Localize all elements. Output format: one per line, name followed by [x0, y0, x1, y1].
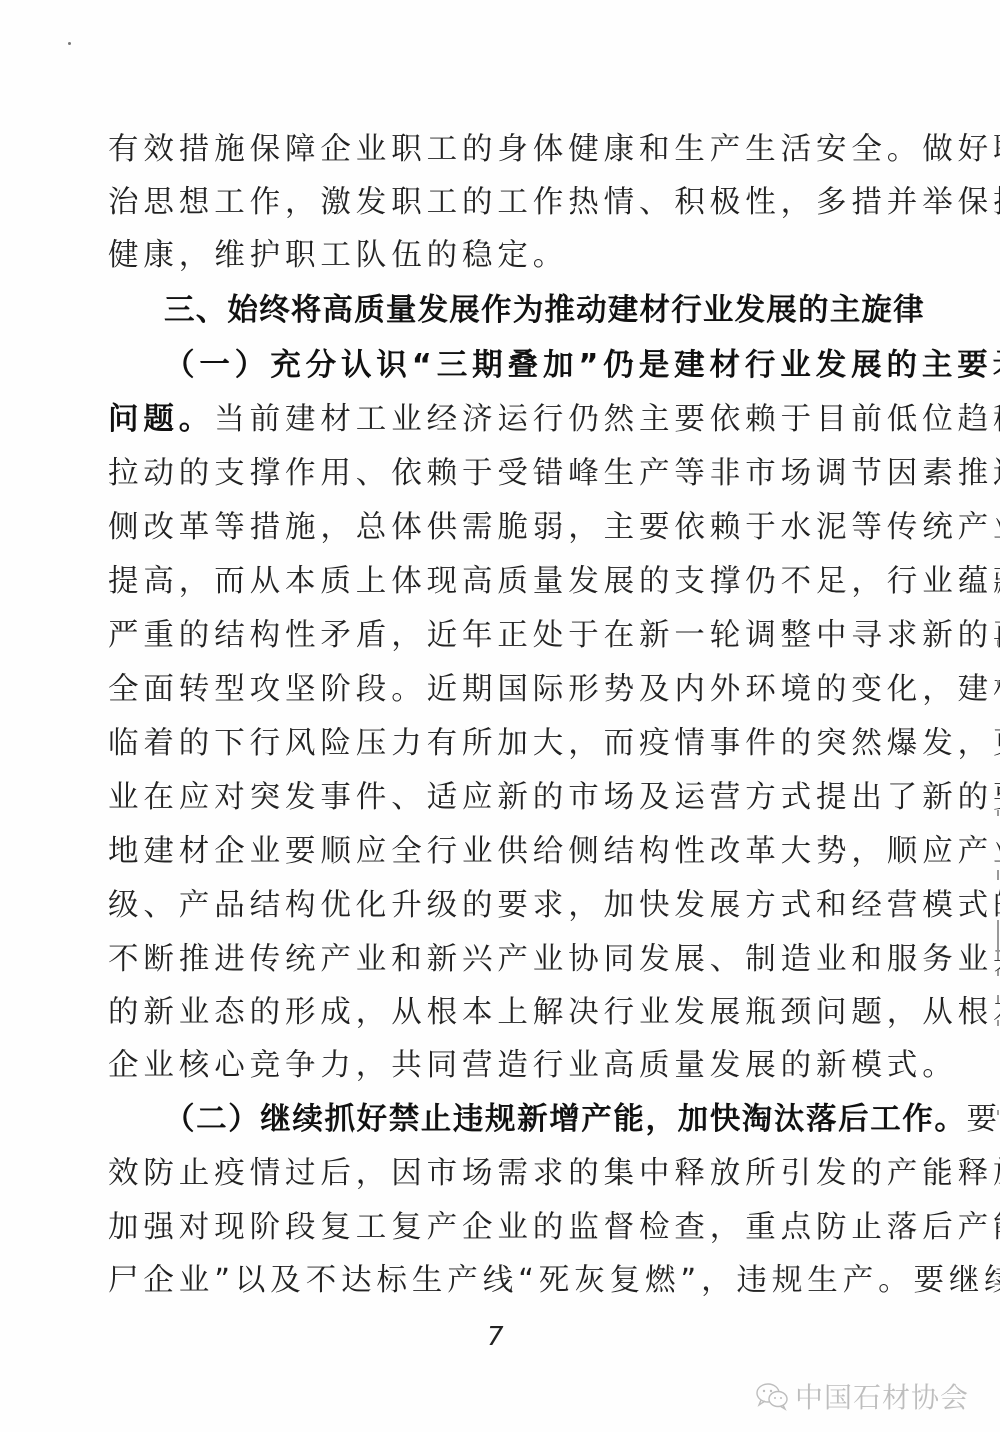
body-line: 健康，维护职工队伍的稳定。	[108, 236, 888, 276]
subsection-1-line2: 问题。当前建材工业经济运行仍然主要依赖于目前低位趋稳的投资	[108, 400, 888, 440]
body-line: 侧改革等措施，总体供需脆弱，主要依赖于水泥等传统产业效益的	[108, 508, 888, 548]
body-text: 要有	[967, 1100, 1000, 1140]
subsection-2-title: （二）继续抓好禁止违规新增产能，加快淘汰落后工作。	[164, 1100, 967, 1140]
section-heading: 三、始终将高质量发展作为推动建材行业发展的主旋律	[164, 291, 888, 331]
page-number: 7	[487, 1322, 504, 1352]
body-line: 尸企业”以及不达标生产线“死灰复燃”，违规生产。要继续坚定	[108, 1261, 888, 1301]
body-line: 企业核心竞争力，共同营造行业高质量发展的新模式。	[108, 1046, 888, 1086]
body-line: 临着的下行风险压力有所加大，而疫情事件的突然爆发，更是为行	[108, 724, 888, 764]
body-line: 加强对现阶段复工复产企业的监督检查，重点防止落后产能、“僵	[108, 1208, 888, 1248]
body-line: 效防止疫情过后，因市场需求的集中释放所引发的产能释放冲动。	[108, 1154, 888, 1194]
body-line: 级、产品结构优化升级的要求，加快发展方式和经营模式的转变，	[108, 886, 888, 926]
body-line: 提高，而从本质上体现高质量发展的支撑仍不足，行业蕴藏着较为	[108, 562, 888, 602]
body-line: 业在应对突发事件、适应新的市场及运营方式提出了新的要求。各	[108, 778, 888, 818]
scan-edge-marks	[997, 640, 999, 1160]
subsection-1-title: （一）充分认识“三期叠加”仍是建材行业发展的主要矛盾和	[164, 346, 888, 386]
document-page: 有效措施保障企业职工的身体健康和生产生活安全。做好职工的政 治思想工作，激发职工…	[0, 0, 1000, 1432]
body-line: 地建材企业要顺应全行业供给侧结构性改革大势，顺应产业转型升	[108, 832, 888, 872]
body-line: 有效措施保障企业职工的身体健康和生产生活安全。做好职工的政	[108, 130, 888, 170]
wechat-watermark: 中国石材协会	[755, 1378, 969, 1414]
body-line: 拉动的支撑作用、依赖于受错峰生产等非市场调节因素推进的供给	[108, 454, 888, 494]
body-line: 治思想工作，激发职工的工作热情、积极性，多措并举保护职工的	[108, 183, 888, 223]
body-line: 不断推进传统产业和新兴产业协同发展、制造业和服务业共同发展	[108, 940, 888, 980]
body-line: 的新业态的形成，从根本上解决行业发展瓶颈问题，从根本上提高	[108, 993, 888, 1033]
body-text: 当前建材工业经济运行仍然主要依赖于目前低位趋稳的投资	[214, 400, 1000, 440]
body-line: 全面转型攻坚阶段。近期国际形势及内外环境的变化，建材行业面	[108, 670, 888, 710]
subsection-2-title-line: （二）继续抓好禁止违规新增产能，加快淘汰落后工作。要有	[164, 1100, 888, 1140]
watermark-text: 中国石材协会	[795, 1376, 969, 1416]
subsection-1-title-end: 问题。	[108, 400, 214, 440]
scan-artifact-dot	[68, 42, 71, 45]
body-line: 严重的结构性矛盾，近年正处于在新一轮调整中寻求新的再平衡的	[108, 616, 888, 656]
wechat-icon	[755, 1381, 789, 1411]
